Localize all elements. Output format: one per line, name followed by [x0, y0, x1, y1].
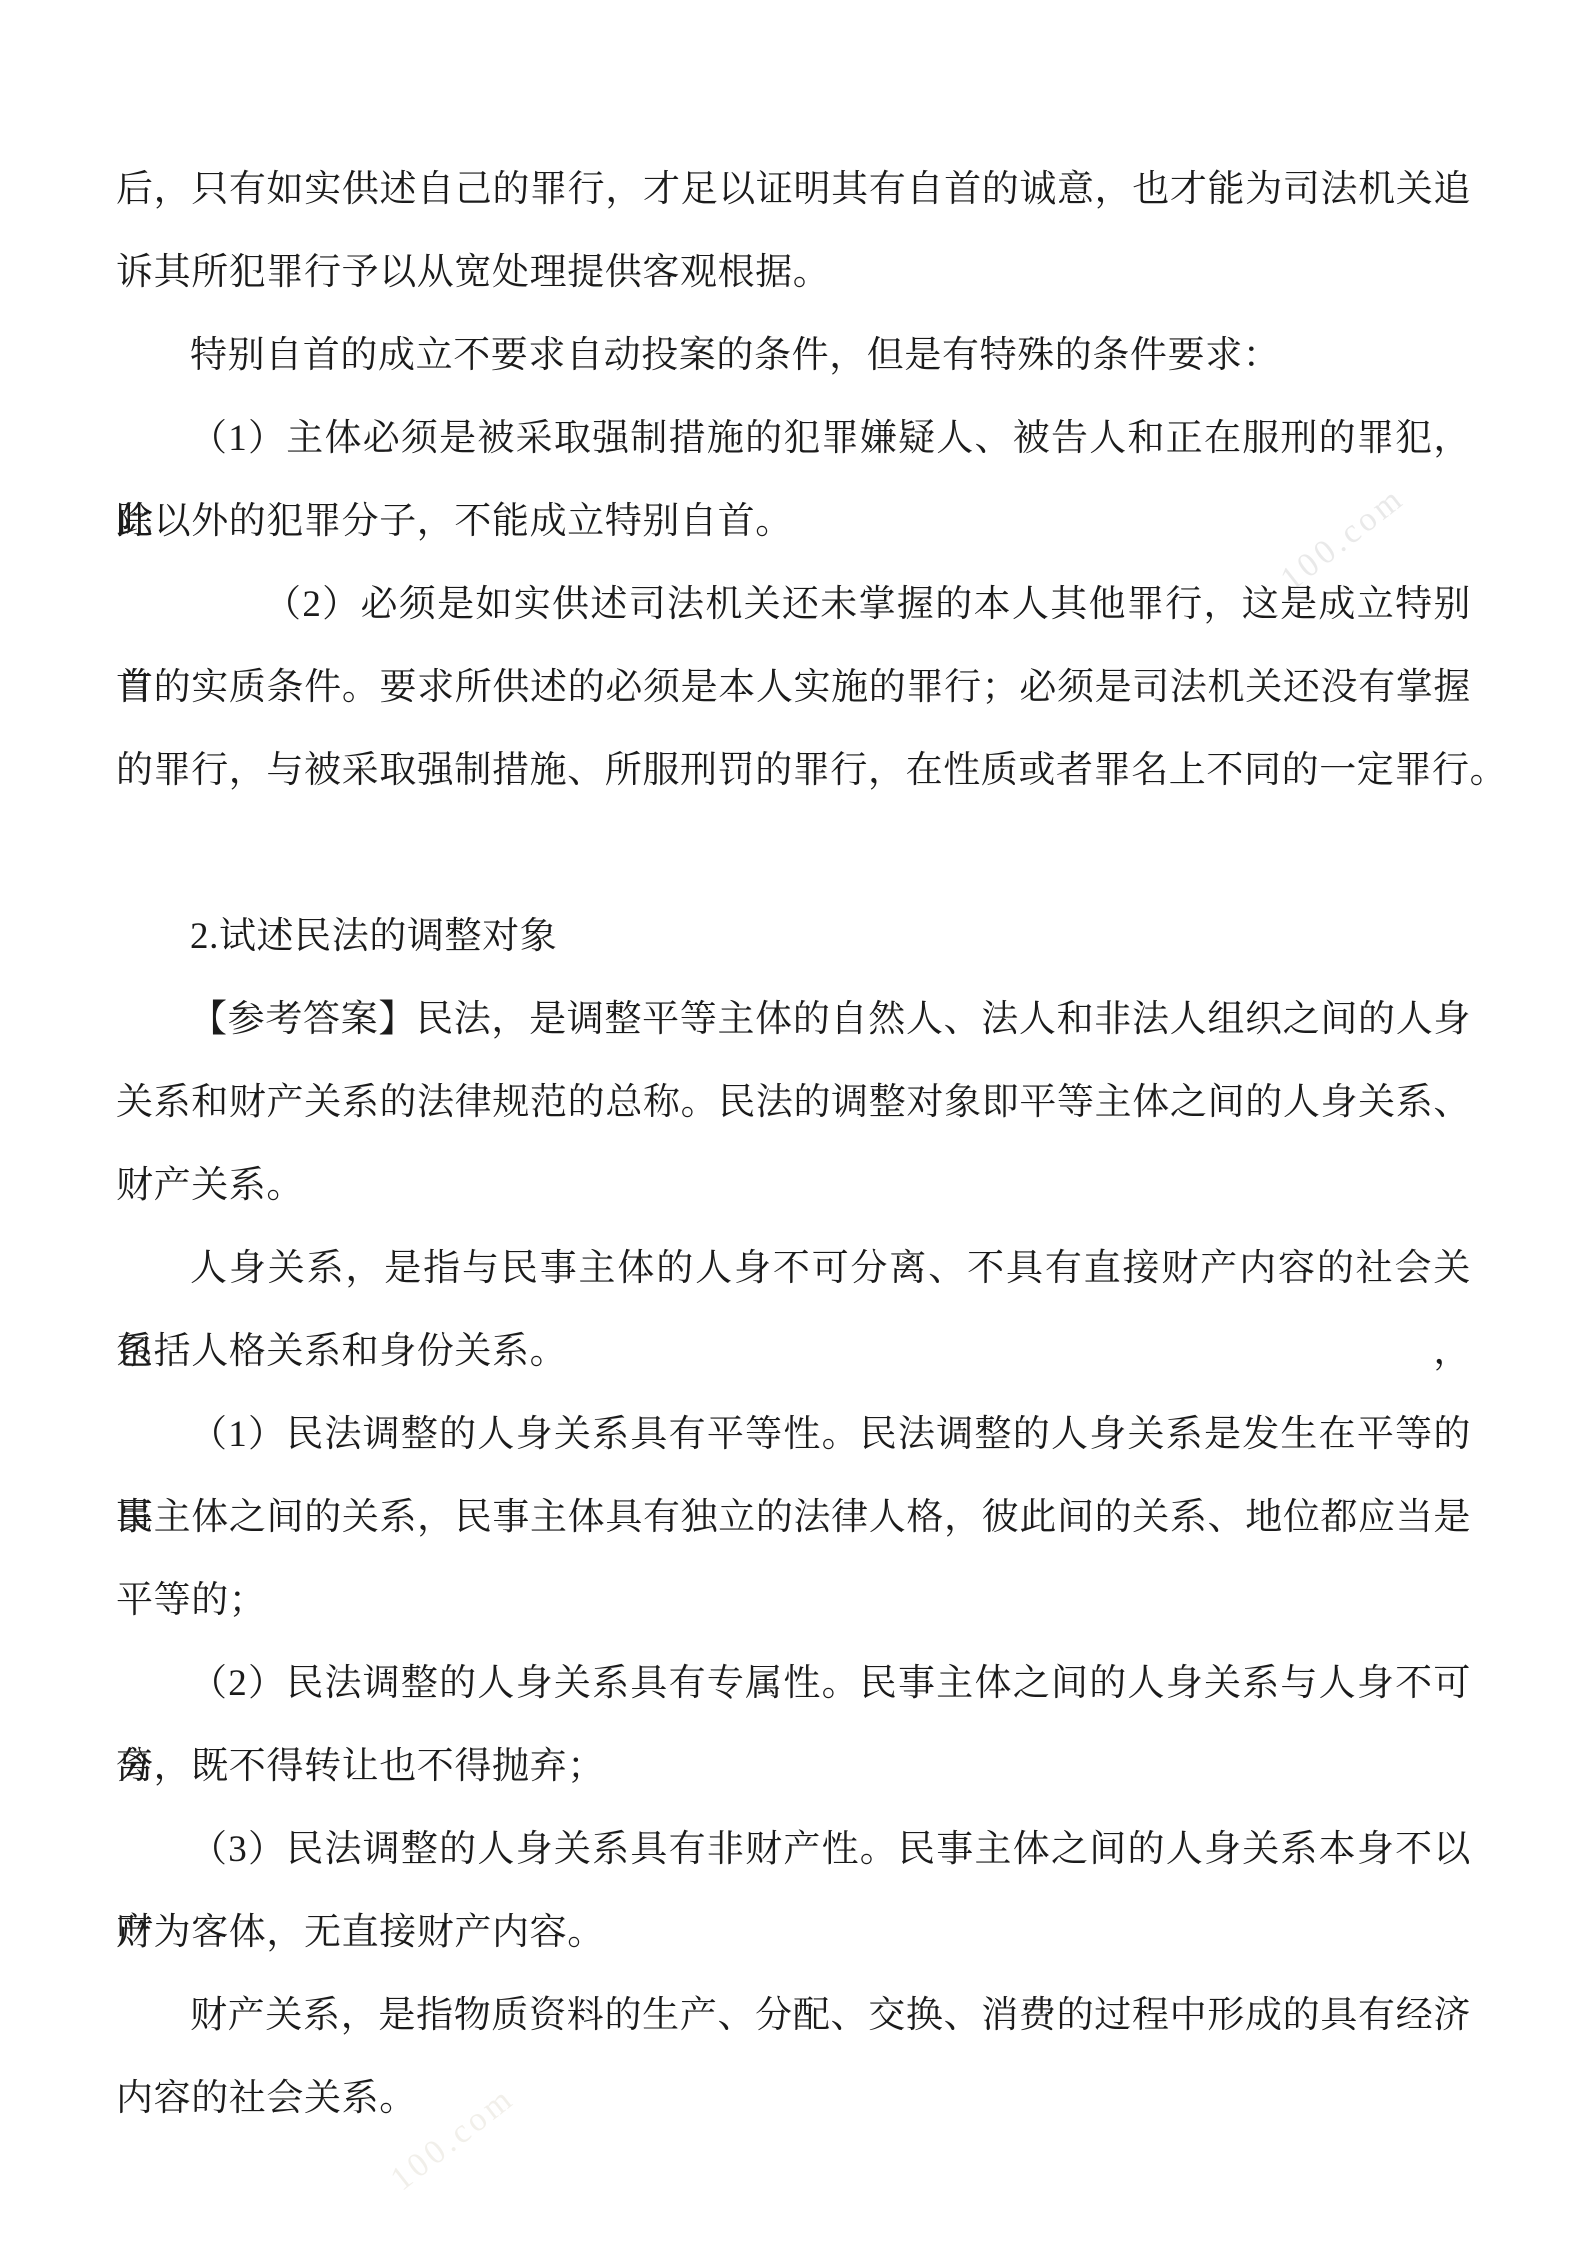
document-text: 后，只有如实供述自己的罪行，才足以证明其有自首的诚意，也才能为司法机关追诉其所犯… [116, 148, 1471, 2140]
text-line: （1）民法调整的人身关系具有平等性。民法调整的人身关系是发生在平等的民 [116, 1393, 1471, 1476]
text-line: 关系和财产关系的法律规范的总称。民法的调整对象即平等主体之间的人身关系、 [116, 1061, 1471, 1144]
text-line: 人身关系，是指与民事主体的人身不可分离、不具有直接财产内容的社会关系， [116, 1227, 1471, 1310]
text-line: 内容的社会关系。 [116, 2057, 1471, 2140]
paragraph: 特别自首的成立不要求自动投案的条件，但是有特殊的条件要求： [116, 314, 1471, 397]
text-line: 平等的； [116, 1559, 1471, 1642]
text-line: 【参考答案】民法，是调整平等主体的自然人、法人和非法人组织之间的人身 [116, 978, 1471, 1061]
text-line: （1）主体必须是被采取强制措施的犯罪嫌疑人、被告人和正在服刑的罪犯，除 [116, 397, 1471, 480]
text-line: 产为客体，无直接财产内容。 [116, 1891, 1471, 1974]
paragraph: （1）主体必须是被采取强制措施的犯罪嫌疑人、被告人和正在服刑的罪犯，除此以外的犯… [116, 397, 1471, 563]
text-line: 财产关系，是指物质资料的生产、分配、交换、消费的过程中形成的具有经济 [116, 1974, 1471, 2057]
text-line: （2）民法调整的人身关系具有专属性。民事主体之间的人身关系与人身不可分 [116, 1642, 1471, 1725]
paragraph: （2）民法调整的人身关系具有专属性。民事主体之间的人身关系与人身不可分离，既不得… [116, 1642, 1471, 1808]
blank-line [116, 812, 1471, 895]
paragraph: （2）必须是如实供述司法机关还未掌握的本人其他罪行，这是成立特别自首的实质条件。… [116, 563, 1471, 812]
text-line: 此以外的犯罪分子，不能成立特别自首。 [116, 480, 1471, 563]
text-line: 2.试述民法的调整对象 [116, 895, 1471, 978]
paragraph: 后，只有如实供述自己的罪行，才足以证明其有自首的诚意，也才能为司法机关追诉其所犯… [116, 148, 1471, 314]
text-line: （3）民法调整的人身关系具有非财产性。民事主体之间的人身关系本身不以财 [116, 1808, 1471, 1891]
text-line: 特别自首的成立不要求自动投案的条件，但是有特殊的条件要求： [116, 314, 1471, 397]
text-line: 诉其所犯罪行予以从宽处理提供客观根据。 [116, 231, 1471, 314]
text-line: 后，只有如实供述自己的罪行，才足以证明其有自首的诚意，也才能为司法机关追 [116, 148, 1471, 231]
paragraph: 财产关系，是指物质资料的生产、分配、交换、消费的过程中形成的具有经济内容的社会关… [116, 1974, 1471, 2140]
text-line: 首的实质条件。要求所供述的必须是本人实施的罪行；必须是司法机关还没有掌握 [116, 646, 1471, 729]
text-line: （2）必须是如实供述司法机关还未掌握的本人其他罪行，这是成立特别自 [116, 563, 1471, 646]
paragraph: 2.试述民法的调整对象 [116, 895, 1471, 978]
text-line: 财产关系。 [116, 1144, 1471, 1227]
document-page: 100.com 100.com 后，只有如实供述自己的罪行，才足以证明其有自首的… [0, 0, 1587, 2245]
text-line: 的罪行，与被采取强制措施、所服刑罚的罪行，在性质或者罪名上不同的一定罪行。 [116, 729, 1471, 812]
paragraph: 人身关系，是指与民事主体的人身不可分离、不具有直接财产内容的社会关系，包括人格关… [116, 1227, 1471, 1393]
text-line: 事主体之间的关系，民事主体具有独立的法律人格，彼此间的关系、地位都应当是 [116, 1476, 1471, 1559]
text-line: 离，既不得转让也不得抛弃； [116, 1725, 1471, 1808]
paragraph: （1）民法调整的人身关系具有平等性。民法调整的人身关系是发生在平等的民事主体之间… [116, 1393, 1471, 1642]
paragraph: 【参考答案】民法，是调整平等主体的自然人、法人和非法人组织之间的人身关系和财产关… [116, 978, 1471, 1227]
paragraph: （3）民法调整的人身关系具有非财产性。民事主体之间的人身关系本身不以财产为客体，… [116, 1808, 1471, 1974]
